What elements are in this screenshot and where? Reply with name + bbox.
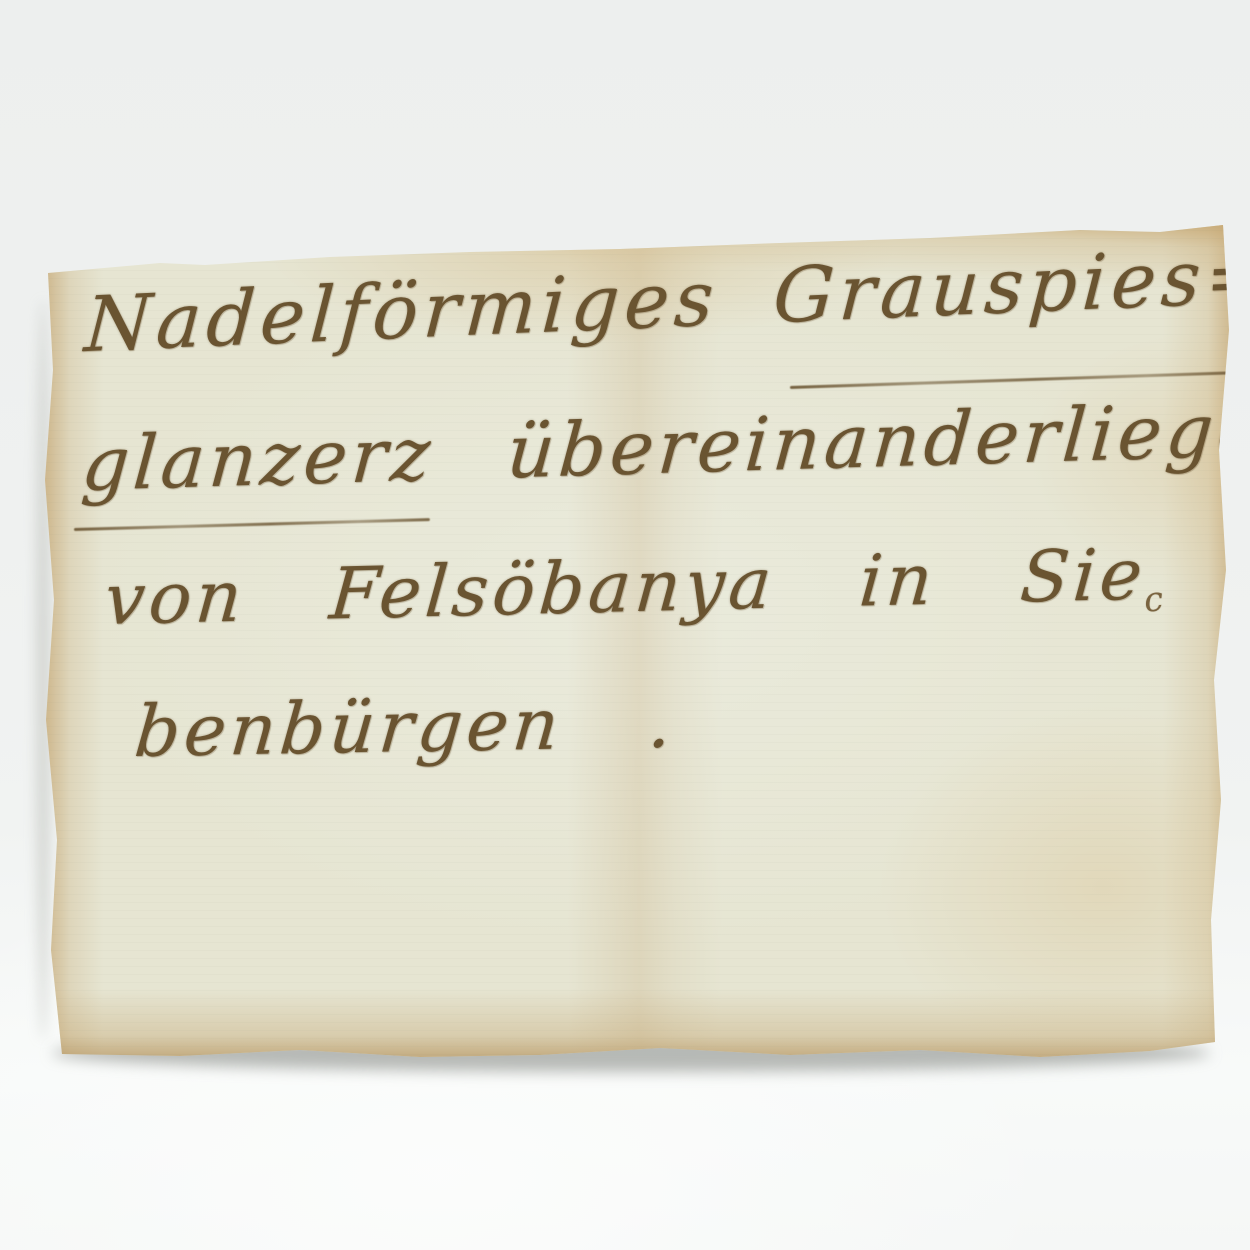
ink-underline-line-1 [790, 371, 1237, 389]
paper-left-shadow [36, 300, 50, 1040]
handwriting-line-2: glanzerz übereinanderliegend [79, 384, 1250, 508]
handwriting-line-3: von Felsöbanya in Sie [102, 532, 1150, 641]
handwriting-line-4: benbürgen . [131, 680, 679, 773]
photo-backdrop: Nadelförmiges Grauspies= glanzerz überei… [0, 0, 1250, 1250]
continuation-mark: c [1142, 579, 1165, 621]
handwriting-line-1: Nadelförmiges Grauspies= [82, 230, 1250, 369]
manuscript-paper: Nadelförmiges Grauspies= glanzerz überei… [44, 222, 1234, 1064]
ink-underline-line-2 [74, 518, 430, 531]
